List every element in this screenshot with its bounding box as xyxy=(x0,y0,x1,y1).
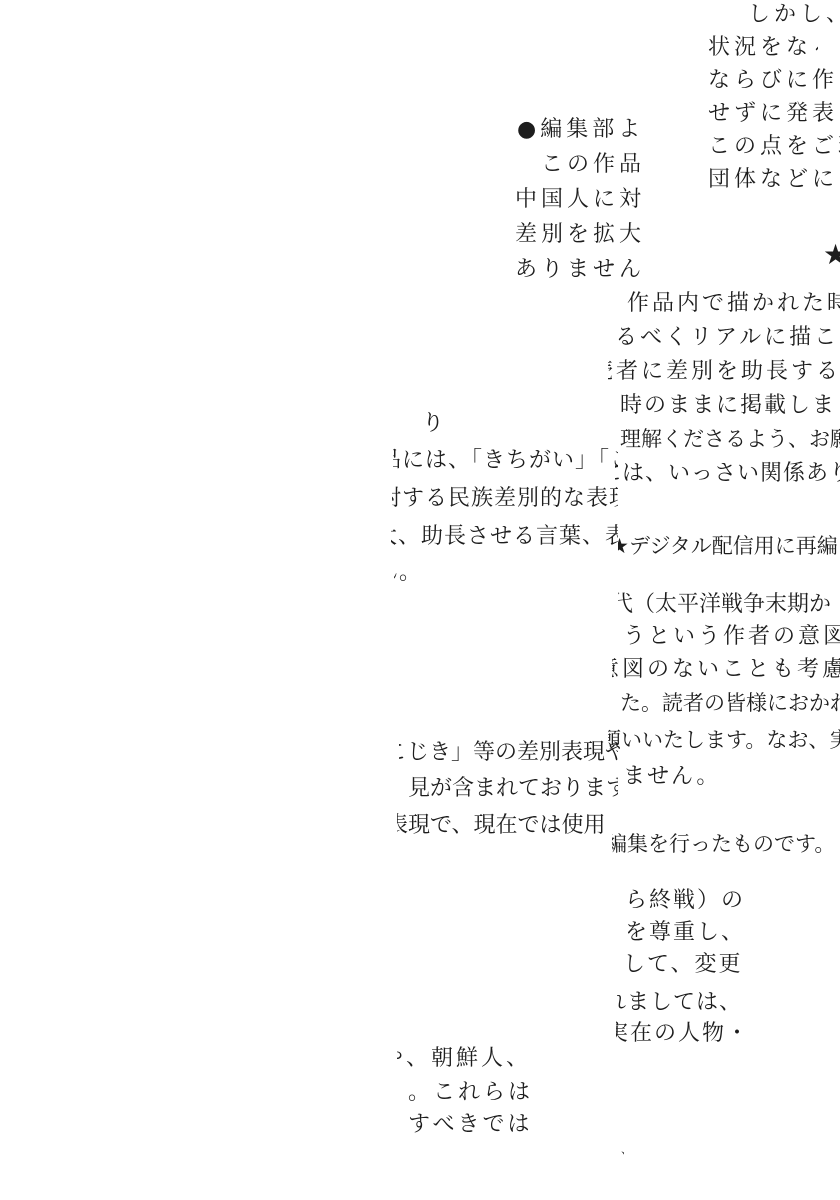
text-fragment: を尊重し、 xyxy=(625,920,745,946)
text-fragment: こじき」等の差別表現や xyxy=(399,740,627,766)
text-fragment: 差別を拡大 xyxy=(515,222,645,248)
clipped-character: 対 xyxy=(392,486,402,512)
text-fragment: ★デジタル配信用に再編 xyxy=(618,534,838,559)
text-fragment: ら終戦）の xyxy=(625,888,745,914)
clipped-character: に xyxy=(615,461,622,487)
text-fragment: 。これらは xyxy=(408,1080,533,1106)
text-fragment: せずに発表 xyxy=(708,101,838,127)
clipped-character: 意 xyxy=(612,657,622,683)
text-fragment: 編集を行ったものです。 xyxy=(612,832,835,857)
clipped-character: 、 xyxy=(621,1142,624,1159)
text-fragment: 、 xyxy=(621,1142,624,1159)
clipped-character: 読 xyxy=(608,359,616,385)
clipped-character: 表 xyxy=(397,813,408,839)
clipped-character: 大 xyxy=(391,524,398,550)
text-fragment: た。読者の皆様におかれ xyxy=(620,691,840,716)
text-fragment: 願いいたします。なお、実 xyxy=(608,728,840,753)
text-fragment: 意図のないことも考慮 xyxy=(612,657,840,683)
text-fragment: 団体などに xyxy=(708,167,838,193)
text-fragment: り xyxy=(422,411,446,437)
text-fragment: には、いっさい関係あり xyxy=(615,461,840,487)
text-fragment: ならびに作 xyxy=(708,68,838,94)
text-fragment: しかし、 xyxy=(748,2,840,28)
text-fragment: 作品内で描かれた時代 xyxy=(627,291,840,317)
text-fragment: 代（太平洋戦争末期か xyxy=(618,592,831,618)
text-fragment: ★ xyxy=(823,238,840,272)
text-fragment: 実在の人物・ xyxy=(616,1021,750,1047)
text-fragment: ん。 xyxy=(394,560,422,586)
text-fragment: るべくリアルに描こ xyxy=(615,325,839,351)
clipped-character: こ xyxy=(399,740,407,766)
text-fragment: 表現で、現在では使用 xyxy=(397,813,606,839)
text-fragment: 読者に差別を助長する意 xyxy=(608,359,840,385)
text-fragment: れましては、 xyxy=(617,990,742,1016)
clipped-character: る xyxy=(812,35,818,61)
clipped-character: 願 xyxy=(608,728,621,753)
clipped-character: れ xyxy=(617,990,627,1016)
scanned-page: しかし、状況をなるならびに作せずに発表この点をご理団体などに●編集部よこの作品中… xyxy=(0,0,840,1200)
text-fragment: この作品 xyxy=(541,152,645,178)
text-fragment: や、朝鮮人、 xyxy=(397,1046,531,1072)
text-fragment: して、変更 xyxy=(623,952,743,978)
text-fragment: 品には、「きちがい」「こ xyxy=(393,448,633,474)
clipped-character: や xyxy=(397,1046,406,1072)
text-fragment: ●編集部よ xyxy=(517,117,644,143)
text-fragment: 理解くださるよう、お願 xyxy=(620,427,840,452)
text-fragment: この点をご理 xyxy=(708,134,840,160)
text-fragment: ません。 xyxy=(623,764,720,790)
text-fragment: ありません xyxy=(515,257,645,283)
text-fragment: 大、助長させる言葉、表 xyxy=(391,524,628,550)
clipped-character: 品 xyxy=(393,448,402,474)
text-fragment: 時のままに掲載しまし xyxy=(620,393,840,419)
text-fragment: 中国人に対 xyxy=(515,187,645,213)
text-fragment: 対する民族差別的な表現 xyxy=(392,486,632,512)
clipped-character: ★ xyxy=(618,534,629,559)
text-fragment: 状況をなる xyxy=(708,35,818,61)
clipped-character: 実 xyxy=(616,1021,630,1047)
clipped-character: 代 xyxy=(618,592,633,618)
clipped-character: ん xyxy=(394,560,399,586)
clipped-character: 編 xyxy=(612,832,627,857)
text-fragment: 見が含まれております xyxy=(408,776,628,802)
text-fragment: うという作者の意図 xyxy=(623,624,840,650)
text-fragment: すべきでは xyxy=(408,1112,533,1138)
